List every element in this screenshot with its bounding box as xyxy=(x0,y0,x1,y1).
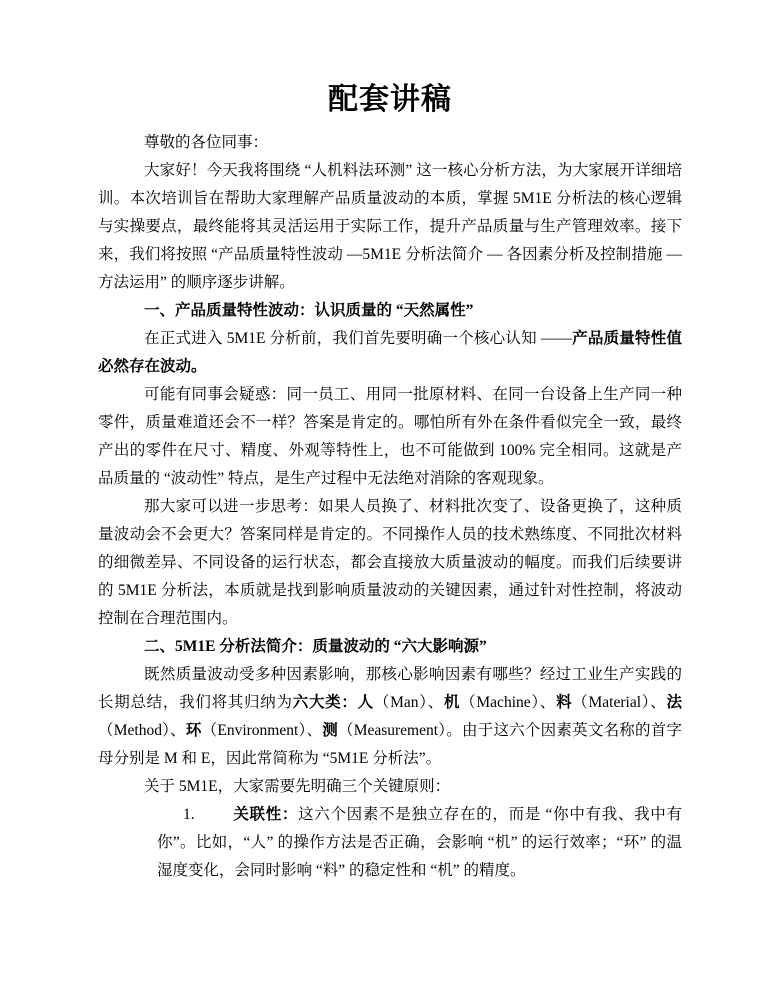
section-1-paragraph-3: 那大家可以进一步思考：如果人员换了、材料批次变了、设备更换了，这种质量波动会不会… xyxy=(98,493,682,633)
bold-text-run: 六大类：人 xyxy=(293,694,374,711)
text-run: 在正式进入 5M1E 分析前，我们首先要明确一个核心认知 —— xyxy=(144,330,572,347)
bold-text-run: 料 xyxy=(556,694,572,711)
list-item-number: 1. xyxy=(183,806,195,823)
section-1-paragraph-1: 在正式进入 5M1E 分析前，我们首先要明确一个核心认知 ——产品质量特性值必然… xyxy=(98,325,682,381)
salutation-paragraph: 尊敬的各位同事： xyxy=(98,129,682,157)
intro-paragraph: 大家好！今天我将围绕 “人机料法环测” 这一核心分析方法，为大家展开详细培训。本… xyxy=(98,157,682,297)
text-run: （Man）、 xyxy=(374,694,444,711)
text-run: （Machine）、 xyxy=(460,694,556,711)
text-run: （Method）、 xyxy=(98,722,186,739)
list-item-text: 关联性：这六个因素不是独立存在的，而是 “你中有我、我中有你”。比如，“人” 的… xyxy=(157,806,682,879)
text-run: （Material）、 xyxy=(572,694,666,711)
bold-text-run: 环 xyxy=(186,722,202,739)
section-1-heading: 一、产品质量特性波动：认识质量的 “天然属性” xyxy=(98,297,682,325)
section-2-heading: 二、5M1E 分析法简介：质量波动的 “六大影响源” xyxy=(98,633,682,661)
document-page: 配套讲稿 尊敬的各位同事： 大家好！今天我将围绕 “人机料法环测” 这一核心分析… xyxy=(0,0,770,1000)
bold-text-run: 关联性： xyxy=(233,806,298,823)
bold-text-run: 机 xyxy=(444,694,460,711)
numbered-list-item-1: 1.关联性：这六个因素不是独立存在的，而是 “你中有我、我中有你”。比如，“人”… xyxy=(98,801,682,885)
section-2-paragraph-2: 关于 5M1E，大家需要先明确三个关键原则： xyxy=(98,773,682,801)
bold-text-run: 测 xyxy=(322,722,338,739)
text-run: （Measurement）。 xyxy=(338,722,462,739)
document-title: 配套讲稿 xyxy=(98,80,682,120)
bold-text-run: 法 xyxy=(666,694,682,711)
section-1-paragraph-2: 可能有同事会疑惑：同一员工、用同一批原材料、在同一台设备上生产同一种零件，质量难… xyxy=(98,381,682,493)
section-2-paragraph-1: 既然质量波动受多种因素影响，那核心影响因素有哪些？经过工业生产实践的长期总结，我… xyxy=(98,661,682,773)
text-run: （Environment）、 xyxy=(202,722,323,739)
